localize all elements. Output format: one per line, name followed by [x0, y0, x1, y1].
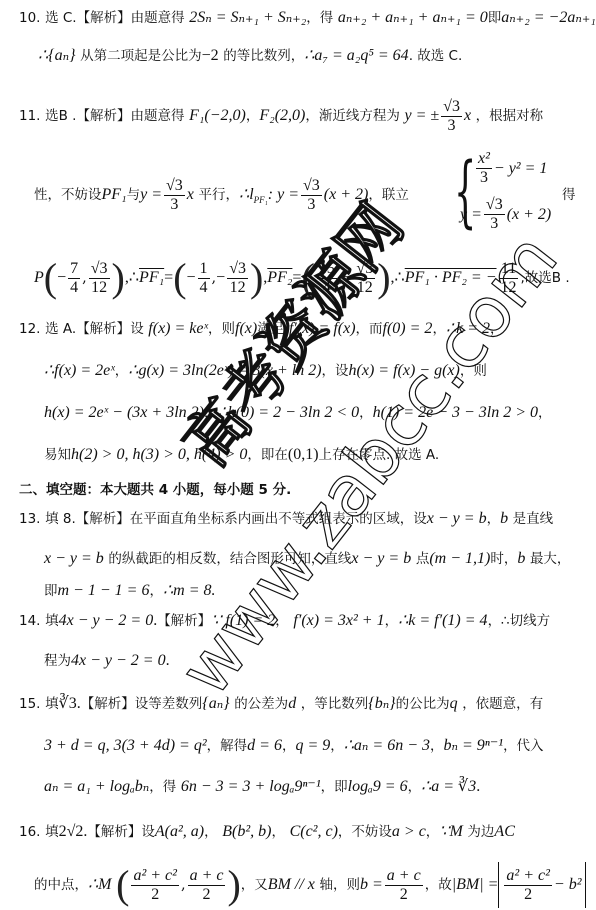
equation: ∴k = 2 — [446, 320, 490, 337]
text: 填 — [45, 824, 59, 840]
text: 为边 — [467, 824, 494, 840]
text: ，解得 — [207, 738, 248, 754]
text: 得 — [562, 185, 576, 205]
q10-line2: ∴{aₙ} 从第二项起是公比为−2 的等比数列，∴a₇ = a₂q⁵ = 64.… — [38, 46, 462, 66]
numerator: √3 — [89, 260, 110, 279]
fraction: 1112 — [499, 260, 519, 297]
text: 最大， — [530, 551, 571, 567]
system-row-1: x²3− y² = 1 — [474, 150, 547, 187]
equation: b — [517, 550, 525, 567]
q11-line1: 11. 选B .【解析】由题意得 F₁(−2,0)，F₂(2,0)，渐近线方程为… — [19, 96, 543, 136]
text: 轴，则 — [320, 877, 361, 893]
denominator: 3 — [446, 117, 458, 135]
text: 的中点， — [34, 877, 88, 893]
fraction: √33 — [441, 98, 462, 135]
equation: C(c², c) — [290, 823, 338, 840]
equation: y = — [460, 206, 482, 223]
fraction: a + c2 — [188, 867, 226, 904]
text: 时， — [490, 551, 517, 567]
question-number: 16. — [19, 824, 40, 840]
equation: f′(x) = 3x² + 1 — [293, 612, 384, 629]
right-paren: ) — [227, 862, 240, 907]
answer-value: 2√2 — [59, 823, 84, 840]
dot-product: PF₁ · PF₂ = − — [405, 269, 497, 286]
left-paren: ( — [44, 255, 57, 300]
analysis-tag: 【解析】 — [81, 696, 135, 712]
text: . — [476, 778, 480, 795]
equation: − y² = 1 — [494, 160, 548, 177]
q12-line2: ∴f(x) = 2eˣ，∴g(x) = 3ln(2eˣ) = 3(x + ln … — [44, 361, 487, 381]
question-number: 11. — [19, 108, 40, 124]
numerator: x² — [476, 150, 492, 169]
text: 的公差为 — [234, 696, 288, 712]
text: ，即 — [321, 779, 348, 795]
equation: f′(x) = f(x) — [289, 320, 356, 337]
text: ， — [271, 824, 285, 840]
text: ，得 — [306, 10, 333, 26]
text: 点 — [416, 551, 430, 567]
equation: d = 6 — [247, 737, 282, 754]
text: 设 — [130, 321, 144, 337]
q12-line1: 12. 选 A.【解析】设 f(x) = keˣ，则f(x)满足 f′(x) =… — [19, 319, 504, 339]
q15-line3: aₙ = a₁ + logₐbₙ，得 6n − 3 = 3 + logₐ9ⁿ⁻¹… — [44, 777, 480, 797]
denominator: 3 — [168, 196, 180, 214]
text: ，不妨设 — [338, 824, 392, 840]
question-number: 15. — [19, 696, 40, 712]
right-paren: ) — [112, 255, 125, 300]
text: 即 — [488, 10, 502, 26]
system-row-2: y =√33(x + 2) — [460, 196, 551, 233]
answer-choice: 选 A. — [45, 321, 76, 337]
text: ，等比数列 — [301, 696, 369, 712]
question-number: 10. — [19, 10, 40, 26]
equation: aₙ₊₂ + aₙ₊₁ + aₙ₊₁ = 0 — [338, 9, 488, 26]
equation: A(a², a) — [155, 823, 204, 840]
equation: {aₙ} — [202, 695, 229, 712]
subscript: PF₁ — [254, 195, 268, 205]
equation: b = — [360, 876, 383, 893]
equation: ∴M — [88, 876, 112, 893]
numerator: √3 — [441, 98, 462, 117]
equation: ∴k = f′(1) = 4 — [398, 612, 487, 629]
q10-line1: 10. 选 C.【解析】由题意得 2Sₙ = Sₙ₊₁ + Sₙ₊₂，得 aₙ₊… — [19, 8, 596, 28]
equation: h(x) = 2eˣ − (3x + 3ln 2) — [44, 404, 204, 421]
denominator: 12 — [228, 279, 248, 297]
text: ， — [490, 321, 504, 337]
section-heading: 二、填空题：本大题共 4 小题，每小题 5 分. — [19, 480, 291, 500]
denominator: 4 — [198, 279, 210, 297]
denominator: 3 — [478, 169, 490, 187]
equation: ∴{aₙ} — [38, 47, 75, 64]
text: ， — [149, 583, 163, 599]
equation: ∴f(x) = 2eˣ — [44, 362, 115, 379]
text: ， — [246, 108, 260, 124]
text: 是直线 — [513, 511, 554, 527]
left-paren: ( — [116, 862, 129, 907]
text: 平行， — [199, 187, 240, 203]
question-number: 12. — [19, 321, 40, 337]
denominator: 2 — [398, 886, 410, 904]
numerator: a² + c² — [504, 867, 552, 886]
text: ，则 — [208, 321, 235, 337]
text: 的公比为 — [396, 696, 450, 712]
text: ， — [115, 363, 129, 379]
answer-document-page: 10. 选 C.【解析】由题意得 2Sₙ = Sₙ₊₁ + Sₙ₊₂，得 aₙ₊… — [0, 0, 596, 910]
equation: f(0) = 2 — [383, 320, 433, 337]
equation: F₂(2,0) — [259, 107, 305, 124]
text: ，依题意，有 — [462, 696, 543, 712]
text: ,故选B . — [521, 270, 570, 286]
equation: ∴a₇ = a₂q⁵ = 64 — [304, 47, 408, 64]
fraction: 74 — [68, 260, 80, 297]
numerator: 15 — [317, 260, 337, 279]
analysis-tag: 【解析】 — [76, 108, 130, 124]
equation: 6n − 3 = 3 + logₐ9ⁿ⁻¹ — [181, 778, 321, 795]
numerator: √3 — [164, 177, 185, 196]
equation: ∴g(x) = 3ln(2eˣ) = 3(x + ln 2) — [128, 362, 321, 379]
text: 填 — [45, 696, 59, 712]
text: ， — [538, 405, 552, 421]
text: . 故选 C. — [409, 48, 463, 64]
text: ，即在 — [247, 447, 288, 463]
text: ，根据对称 — [476, 108, 544, 124]
text: 由题意得 — [130, 108, 184, 124]
q16-line1: 16. 填2√2.【解析】设A(a², a)， B(b², b)， C(c², … — [19, 822, 515, 842]
vector: PF₁ — [139, 269, 164, 286]
equation: 2Sₙ = Sₙ₊₁ + Sₙ₊₂ — [189, 9, 306, 26]
denominator: 12 — [355, 279, 375, 297]
fraction: 14 — [198, 260, 210, 297]
text: ， — [408, 779, 422, 795]
text: 即 — [44, 583, 58, 599]
numerator: √3 — [227, 260, 248, 279]
sign: − — [216, 269, 225, 286]
fraction: 154 — [317, 260, 337, 297]
numerator: a + c — [188, 867, 226, 886]
q14-line1: 14. 填4x − y − 2 = 0.【解析】∵ f(1) = 2， f′(x… — [19, 611, 550, 631]
equation: x − y = b — [351, 550, 411, 567]
analysis-tag: 【解析】 — [76, 511, 130, 527]
denominator: 2 — [201, 886, 213, 904]
equation: (x + 2) — [507, 206, 552, 223]
q11-line2: 性，不妨设PF₁与y =√33x 平行，∴lPF₁: y =√33(x + 2)… — [34, 175, 409, 220]
equation: aₙ₊₂ = −2aₙ₊₁ — [501, 9, 596, 26]
text: 在平面直角坐标系内画出不等式组表示的区域，设 — [130, 511, 427, 527]
equation: q = 9 — [295, 737, 330, 754]
text: ， — [385, 613, 399, 629]
text: ，代入 — [503, 738, 544, 754]
right-paren: ) — [377, 255, 390, 300]
text: 设 — [141, 824, 155, 840]
text: ， — [204, 824, 218, 840]
denominator: 3 — [305, 196, 317, 214]
text: ,∴ — [391, 269, 405, 286]
text: 的等比数列， — [223, 48, 304, 64]
denominator: 12 — [89, 279, 109, 297]
equation: b — [500, 510, 508, 527]
text: ，∴切线方 — [488, 613, 551, 629]
sign: − — [343, 269, 352, 286]
left-paren: ( — [301, 255, 314, 300]
equation: x − y = b — [427, 510, 487, 527]
fraction: √33 — [484, 196, 505, 233]
equation: ∴a = ∛3 — [421, 778, 476, 795]
equation: ∵M — [439, 823, 463, 840]
q15-line1: 15. 填∛3.【解析】设等差数列{aₙ} 的公差为d ，等比数列{bₙ}的公比… — [19, 694, 543, 714]
text: 程为 — [44, 653, 71, 669]
equation: ∴m = 8. — [163, 582, 216, 599]
text: . — [166, 652, 170, 669]
equation: : y = — [268, 186, 299, 203]
text: ，则 — [460, 363, 487, 379]
text: ，得 — [149, 779, 176, 795]
equation: logₐ9 = 6 — [348, 778, 408, 795]
equation: −2 — [202, 47, 219, 64]
equation: P — [34, 269, 44, 286]
sign: − — [187, 269, 196, 286]
fraction: √33 — [301, 177, 322, 214]
text: ， — [487, 511, 501, 527]
text: ， — [204, 405, 218, 421]
equation: x — [187, 186, 194, 203]
text: 与 — [127, 187, 141, 203]
equation: h(2) > 0, h(3) > 0, h(4) > 0 — [71, 446, 247, 463]
text: 的纵截距的相反数，结合图形可知，直线 — [108, 551, 351, 567]
answer-value: 4x − y − 2 = 0 — [59, 612, 154, 629]
fraction: √312 — [89, 260, 110, 297]
text: ，联立 — [368, 187, 409, 203]
text: ， — [330, 738, 344, 754]
numerator: 1 — [198, 260, 210, 279]
equation: f(x) — [235, 320, 257, 337]
numerator: √3 — [301, 177, 322, 196]
equation: ∴aₙ = 6n − 3 — [344, 737, 430, 754]
answer-value: ∛3 — [59, 695, 77, 712]
denominator: 2 — [149, 886, 161, 904]
equation: y = — [140, 186, 162, 203]
text: 上存在零点. 故选 A. — [319, 447, 440, 463]
fraction: a² + c²2 — [504, 867, 552, 904]
denominator: 12 — [499, 279, 519, 297]
text: ，设 — [322, 363, 349, 379]
text: ， — [432, 321, 446, 337]
numerator: 7 — [68, 260, 80, 279]
text: 填 — [45, 613, 59, 629]
q13-line1: 13. 填 8.【解析】在平面直角坐标系内画出不等式组表示的区域，设x − y … — [19, 509, 553, 529]
q16-line2: 的中点，∴M (a² + c²2,a + c2)，又BM // x 轴，则b =… — [34, 862, 586, 908]
denominator: 2 — [522, 886, 534, 904]
equation: − b² — [554, 876, 582, 893]
q15-line2: 3 + d = q, 3(3 + 4d) = q²，解得d = 6，q = 9，… — [44, 736, 544, 756]
text: = — [164, 269, 173, 286]
text: ，故 — [425, 877, 452, 893]
equation: x − y = b — [44, 550, 104, 567]
equation: AC — [494, 823, 514, 840]
equation: ∴l — [239, 186, 254, 203]
text: ，而 — [356, 321, 383, 337]
text: 由题意得 — [131, 10, 185, 26]
equation-system: { x²3− y² = 1 y =√33(x + 2) — [450, 148, 560, 240]
text: ， — [282, 738, 296, 754]
answer-choice: 选 C. — [45, 10, 77, 26]
numerator: √3 — [354, 260, 375, 279]
equation: F₁(−2,0) — [189, 107, 246, 124]
denominator: 3 — [488, 215, 500, 233]
equation: h(x) = f(x) − g(x) — [349, 362, 460, 379]
text: ， — [275, 613, 289, 629]
sign: − — [57, 269, 66, 286]
q14-line2: 程为4x − y − 2 = 0. — [44, 651, 170, 671]
q12-line3: h(x) = 2eˣ − (3x + 3ln 2)，∴h(0) = 2 − 3l… — [44, 403, 552, 423]
fraction: a + c2 — [385, 867, 423, 904]
equation: 3 + d = q, 3(3 + 4d) = q² — [44, 737, 207, 754]
numerator: √3 — [484, 196, 505, 215]
equation: (0,1) — [288, 446, 319, 463]
analysis-tag: 【解析】 — [76, 321, 130, 337]
fraction: a² + c²2 — [131, 867, 179, 904]
equation: h(1) = 2e − 3 − 3ln 2 > 0 — [373, 404, 538, 421]
absolute-value: a² + c²2− b² — [498, 862, 585, 908]
text: ， — [359, 405, 373, 421]
q13-line2: x − y = b 的纵截距的相反数，结合图形可知，直线x − y = b 点(… — [44, 549, 570, 569]
q13-line3: 即m − 1 − 1 = 6，∴m = 8. — [44, 581, 215, 601]
denominator: 4 — [321, 279, 333, 297]
equation: ∴h(0) = 2 − 3ln 2 < 0 — [217, 404, 359, 421]
equation: |BM| = — [452, 876, 499, 893]
text: 设等差数列 — [135, 696, 203, 712]
text: ,∴ — [125, 269, 139, 286]
numerator: a + c — [385, 867, 423, 886]
equation: f(x) = keˣ — [148, 320, 208, 337]
left-paren: ( — [173, 255, 186, 300]
fraction: √312 — [227, 260, 248, 297]
q11-line3: P(−74,√312),∴PF₁=(−14,−√312),PF₂=(154,−√… — [34, 255, 570, 301]
equation: BM // x — [268, 876, 315, 893]
fraction: x²3 — [476, 150, 492, 187]
answer-choice: 选B . — [45, 108, 76, 124]
denominator: 4 — [68, 279, 80, 297]
equation: (m − 1,1) — [429, 550, 490, 567]
equation: 4x − y − 2 = 0 — [71, 652, 166, 669]
text: 从第二项起是公比为 — [80, 48, 202, 64]
analysis-tag: 【解析】 — [77, 10, 131, 26]
question-number: 13. — [19, 511, 40, 527]
equation: a > c — [392, 823, 426, 840]
equation: (x + 2) — [324, 186, 369, 203]
text: 易知 — [44, 447, 71, 463]
equation: m − 1 − 1 = 6 — [58, 582, 150, 599]
answer-value: 填 8. — [45, 511, 76, 527]
q12-line4: 易知h(2) > 0, h(3) > 0, h(4) > 0，即在(0,1)上存… — [44, 445, 439, 465]
text: ，又 — [241, 877, 268, 893]
fraction: √312 — [354, 260, 375, 297]
text: ， — [426, 824, 440, 840]
numerator: 11 — [499, 260, 518, 279]
text: 满足 — [257, 321, 284, 337]
text: 性，不妨设 — [34, 187, 102, 203]
equation: B(b², b) — [222, 823, 271, 840]
equation: x — [464, 107, 471, 124]
fraction: √33 — [164, 177, 185, 214]
text: ，渐近线方程为 — [305, 108, 400, 124]
equation: {bₙ} — [368, 695, 395, 712]
equation: ∵ f(1) = 2 — [211, 612, 275, 629]
right-paren: ) — [250, 255, 263, 300]
equation: aₙ = a₁ + logₐbₙ — [44, 778, 149, 795]
text: ， — [430, 738, 444, 754]
equation: d — [288, 695, 296, 712]
vector: PF₂ — [267, 269, 292, 286]
equation: PF₁ — [102, 186, 127, 203]
analysis-tag: 【解析】 — [157, 613, 211, 629]
numerator: a² + c² — [131, 867, 179, 886]
analysis-tag: 【解析】 — [87, 824, 141, 840]
question-number: 14. — [19, 613, 40, 629]
equation: y = ± — [404, 107, 439, 124]
equation: bₙ = 9ⁿ⁻¹ — [444, 737, 504, 754]
equation: q — [450, 695, 458, 712]
